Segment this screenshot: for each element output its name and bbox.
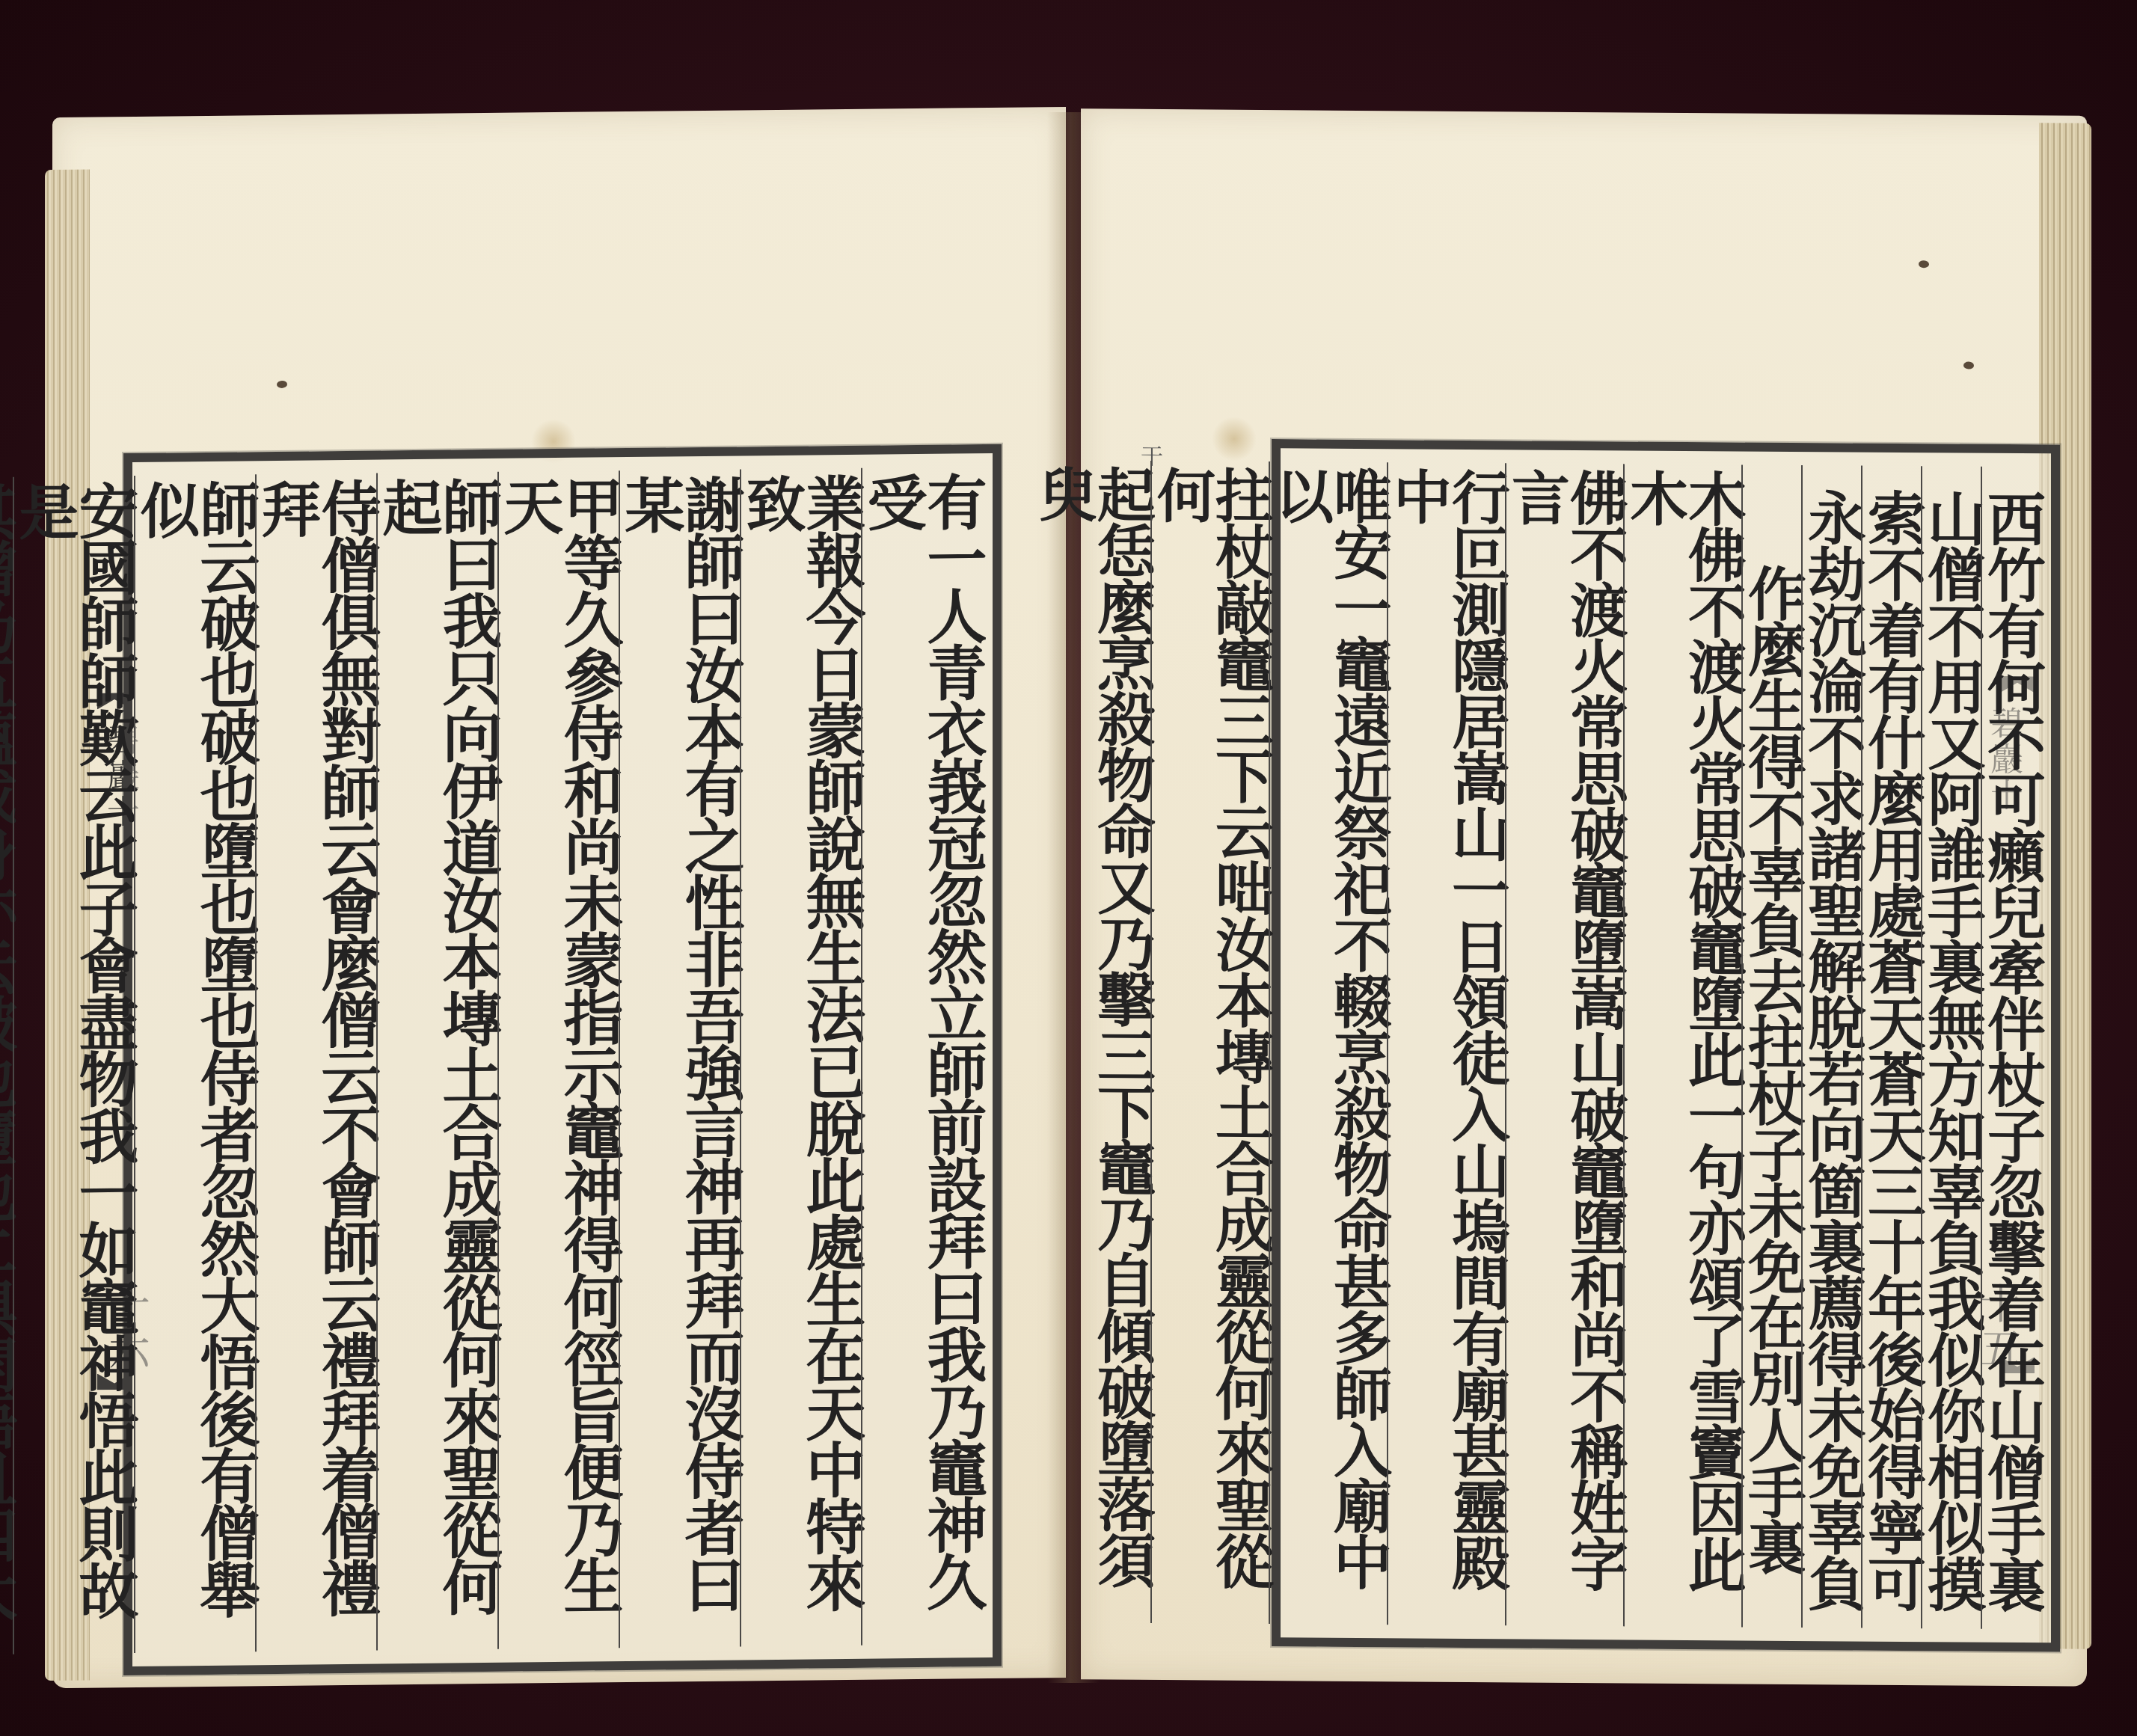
text-column: 師云破也破也墮也墮也侍者忽然大悟後有僧舉似 (134, 474, 255, 1653)
left-page: 碧巖十 十六 有一人青衣峩冠忽然立師前設拜曰我乃竈神久受 業報今日蒙師說無生法已… (52, 107, 1066, 1688)
text-column: 佛不渡火常思破竈墮嵩山破竈墮和尚不稱姓字言 (1505, 463, 1623, 1626)
text-column: 拄杖敲竈三下云咄汝本塼土合成靈從何來聖從何 (1150, 461, 1269, 1624)
text-column: 其僧乃五蘊成身亦云破也墮也二俱開悟且四大五 (0, 477, 13, 1656)
text-column: 作麼生得不辜負去拄杖子未免在別人手裏 (1741, 464, 1801, 1628)
text-column: 甲等久參侍和尚未蒙指示竈神得何徑旨便乃生天 (497, 470, 619, 1649)
text-column: 永劫沉淪不求諸聖解脫若向箇裏薦得未免辜負 (1801, 465, 1861, 1628)
text-column: 有一人青衣峩冠忽然立師前設拜曰我乃竈神久受 (861, 467, 982, 1645)
text-column: 索不着有什麼用處蒼天蒼天三十年後始得寧可 (1861, 466, 1921, 1629)
right-page: 干 碧巖十 十五 西竹有何不可癩兒牽伴杖子忽擊着在山僧手裏 山僧不用又阿誰手裏無… (1081, 108, 2087, 1686)
open-book: 碧巖十 十六 有一人青衣峩冠忽然立師前設拜曰我乃竈神久受 業報今日蒙師說無生法已… (52, 112, 2087, 1690)
text-column: 行叵測隱居嵩山一日領徒入山塢間有廟甚靈殿中 (1387, 462, 1505, 1625)
text-column: 木佛不渡火常思破竈墮此一句亦頌了雪竇因此木 (1623, 464, 1741, 1627)
text-column: 侍僧俱無對師云會麼僧云不會師云禮拜着僧禮拜 (255, 473, 376, 1652)
left-text-frame: 有一人青衣峩冠忽然立師前設拜曰我乃竈神久受 業報今日蒙師說無生法已脫此處生在天中… (123, 444, 1002, 1675)
wormhole (1919, 260, 1929, 268)
right-text-columns: 西竹有何不可癩兒牽伴杖子忽擊着在山僧手裏 山僧不用又阿誰手裏無方知辜負我似你相似… (1291, 461, 2041, 1629)
wormhole (1963, 362, 1974, 369)
text-column: 安國師師歎云此子會盡物我一如竈神悟此則故是 (13, 476, 134, 1654)
text-column: 起恁麼烹殺物命又乃擊三下竈乃自傾破墮落須臾 (1034, 460, 1150, 1623)
text-column: 業報今日蒙師說無生法已脫此處生在天中特來致 (740, 468, 861, 1647)
text-column: 師曰我只向伊道汝本塼土合成靈從何來聖從何起 (376, 472, 497, 1651)
left-text-columns: 有一人青衣峩冠忽然立師前設拜曰我乃竈神久受 業報今日蒙師說無生法已脫此處生在天中… (143, 467, 982, 1653)
text-column: 山僧不用又阿誰手裏無方知辜負我似你相似摸 (1921, 466, 1981, 1629)
text-column: 西竹有何不可癩兒牽伴杖子忽擊着在山僧手裏 (1981, 467, 2041, 1630)
paper-stain (1212, 417, 1257, 461)
text-column: 唯安一竈遠近祭祀不輟烹殺物命甚多師入廟中以 (1269, 461, 1387, 1625)
right-text-frame: 西竹有何不可癩兒牽伴杖子忽擊着在山僧手裏 山僧不用又阿誰手裏無方知辜負我似你相似… (1272, 439, 2060, 1651)
text-column: 謝師曰汝本有之性非吾強言神再拜而沒侍者曰某 (619, 469, 740, 1648)
wormhole (277, 381, 287, 388)
